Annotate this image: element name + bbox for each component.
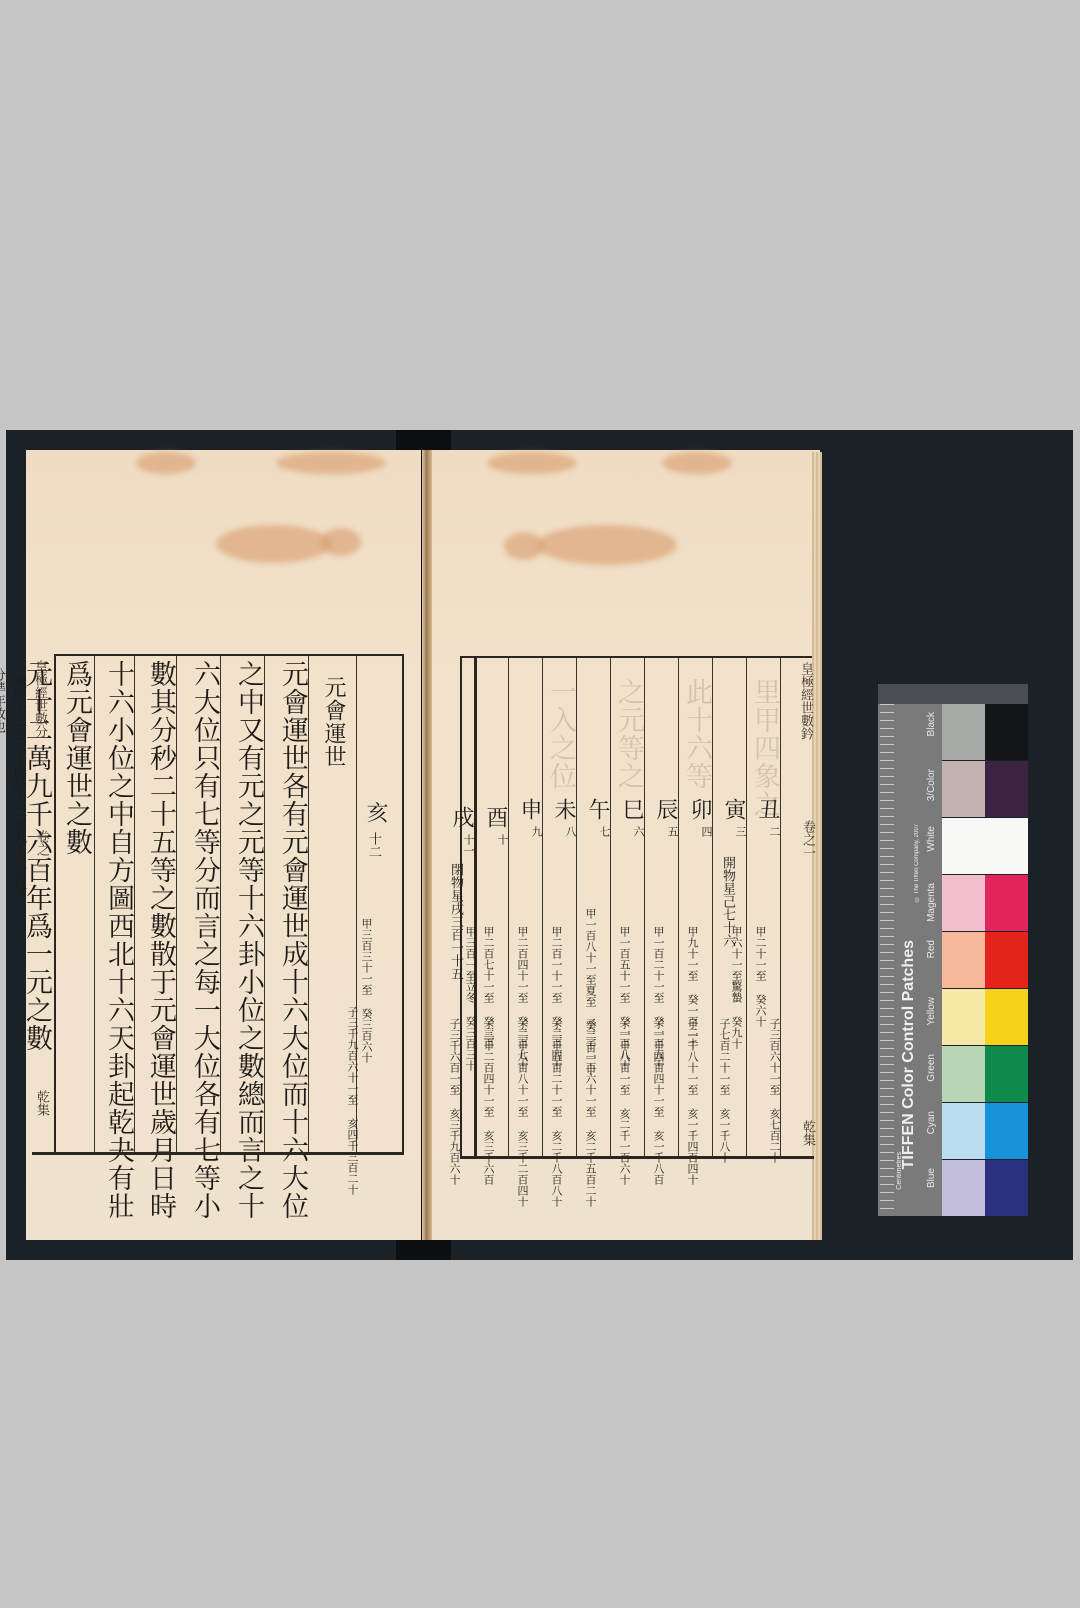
- patch-red-dark: [985, 932, 1028, 988]
- patch-label: Cyan: [926, 1111, 937, 1134]
- note-line-1: 一歲四千三百二十時計十二万九千六百分: [4, 662, 32, 1142]
- patch-cyan-dark: [985, 1103, 1028, 1159]
- patch-green-light: [942, 1046, 985, 1102]
- body-column-5: 十六小位之中自方圖西北十六天卦起乾夬有壯: [102, 660, 134, 1220]
- stain: [537, 525, 677, 565]
- right-text-frame: 里甲四象之 此十六等 之元等之 一入之位 丑 二 甲二十一至 癸六十 子三百六十…: [460, 656, 812, 1158]
- patch-label: Yellow: [926, 997, 937, 1026]
- stain: [276, 452, 386, 474]
- branch-range-lower: 子三千九百六十一至 亥四千三百二十: [346, 1006, 358, 1195]
- patch-black-light: [942, 704, 985, 760]
- patch-red-light: [942, 932, 985, 988]
- patch-magenta-dark: [985, 875, 1028, 931]
- branch-you: 酉: [480, 806, 511, 829]
- branch-yin: 寅: [718, 798, 749, 821]
- note-line-2: 分準年故也: [0, 668, 4, 733]
- right-margin-title: 皇極經世數鈐: [798, 662, 812, 740]
- branch-chou: 丑: [752, 798, 783, 821]
- patch-label: Red: [926, 940, 937, 958]
- stain: [321, 528, 361, 556]
- stain: [136, 452, 196, 474]
- body-column-6: 爲元會運世之數: [60, 660, 92, 856]
- patch-yellow-light: [942, 989, 985, 1045]
- branch-label: 亥: [360, 801, 391, 824]
- left-margin-title: 皇極經世數分: [32, 660, 46, 738]
- patch-green-dark: [985, 1046, 1028, 1102]
- ruler-unit: Centimetres: [896, 1152, 903, 1190]
- patch-black-dark: [985, 704, 1028, 760]
- patch-white-light: [942, 818, 1028, 874]
- patch-label: Green: [926, 1054, 937, 1082]
- patch-3-color-dark: [985, 761, 1028, 817]
- patch-yellow-dark: [985, 989, 1028, 1045]
- body-column-4: 數其分秒二十五等之數散于元會運世歲月日時: [144, 660, 176, 1220]
- left-bottom-rule: [32, 1152, 404, 1155]
- branch-wei: 未: [548, 798, 579, 821]
- patch-label: 3/Color: [926, 769, 937, 801]
- body-column-3: 六大位只有七等分而言之每一大位各有七等小: [188, 660, 220, 1220]
- branch-number: 十二: [366, 832, 380, 858]
- patch-label: Black: [926, 712, 937, 736]
- stain: [216, 525, 331, 563]
- body-column-2: 之中又有元之元等十六卦小位之數總而言之十: [232, 660, 264, 1220]
- card-title: Color Control Patches: [900, 940, 917, 1109]
- patch-label: Magenta: [926, 883, 937, 922]
- patch-label: Blue: [926, 1168, 937, 1188]
- branch-xu: 戌: [446, 806, 477, 829]
- branch-shen: 申: [514, 798, 545, 821]
- right-margin-juan: 卷之一: [800, 820, 814, 859]
- patch-cyan-light: [942, 1103, 985, 1159]
- right-margin-footer: 乾集: [800, 1120, 814, 1146]
- right-bottom-rule: [460, 1156, 814, 1159]
- stain: [662, 452, 732, 474]
- patch-label: White: [926, 826, 937, 852]
- branch-mao: 卯: [684, 798, 715, 821]
- left-margin-juan: 卷之二: [34, 830, 48, 869]
- section-heading: 元會運世: [318, 676, 349, 768]
- branch-chen: 辰: [650, 798, 681, 821]
- left-text-frame: 亥 十二 甲三百三十一至 癸三百六十 子三千九百六十一至 亥四千三百二十 元會運…: [54, 654, 404, 1154]
- patch-3-color-light: [942, 761, 985, 817]
- patch-blue-light: [942, 1160, 985, 1216]
- branch-range-upper: 甲三百三十一至 癸三百六十: [360, 918, 372, 1128]
- branch-si: 巳: [616, 798, 647, 821]
- copyright: © The Tiffen Company, 2007: [914, 824, 920, 902]
- patch-blue-dark: [985, 1160, 1028, 1216]
- patch-magenta-light: [942, 875, 985, 931]
- color-control-card: TIFFEN Color Control Patches © The Tiffe…: [878, 684, 1028, 1216]
- left-margin-footer: 乾集: [34, 1090, 48, 1116]
- stain: [487, 452, 577, 474]
- body-column-1: 元會運世各有元會運世成十六大位而十六大位: [276, 660, 308, 1220]
- branch-wu: 午: [582, 798, 613, 821]
- book-gutter: [422, 450, 432, 1240]
